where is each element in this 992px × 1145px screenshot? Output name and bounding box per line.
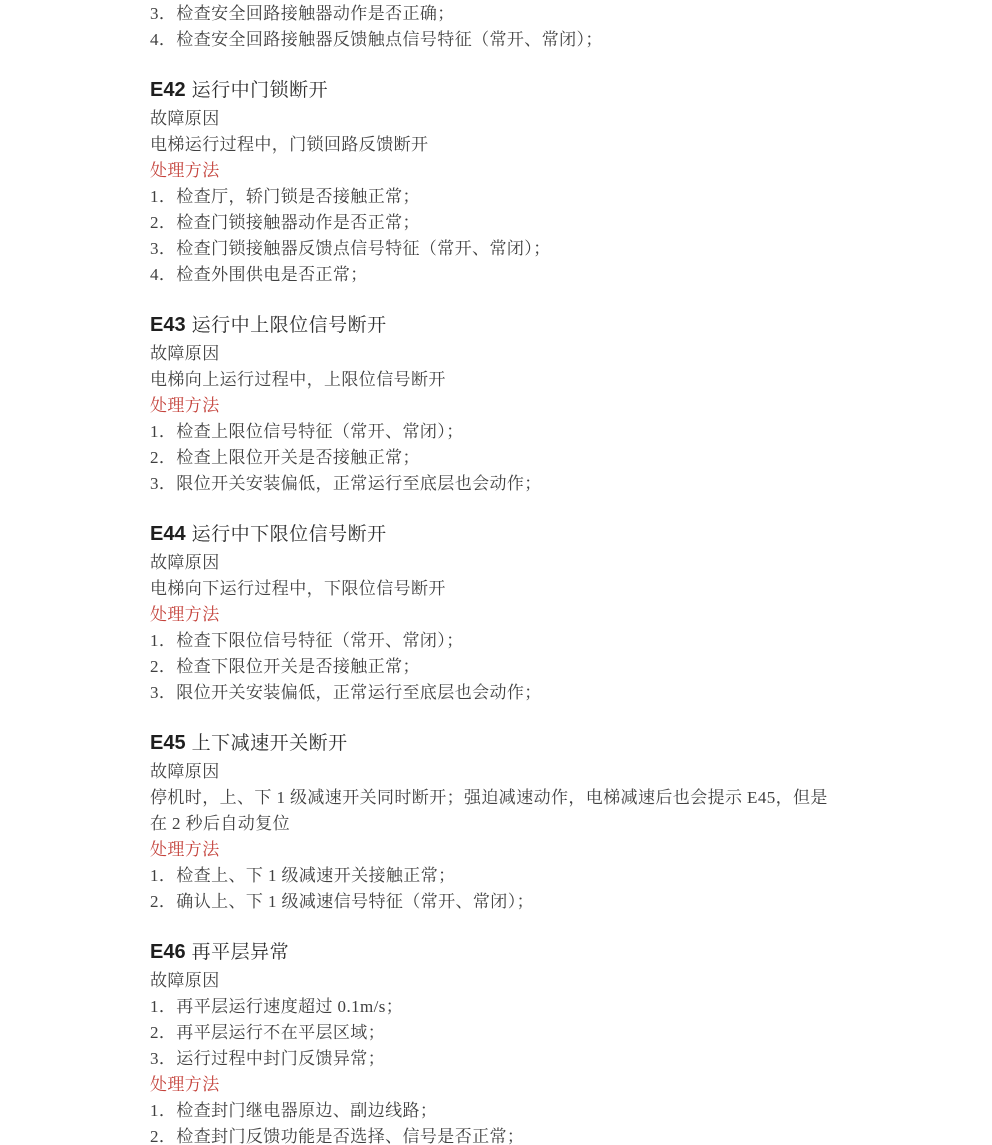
error-code: E46: [150, 941, 186, 963]
list-item: 1．检查上限位信号特征（常开、常闭）；: [150, 419, 850, 445]
section-heading: E44运行中下限位信号断开: [150, 519, 850, 550]
cause-list: 电梯向上运行过程中，上限位信号断开: [150, 367, 850, 393]
list-item: 2．检查上限位开关是否接触正常；: [150, 445, 850, 471]
cause-list: 电梯运行过程中，门锁回路反馈断开: [150, 132, 850, 158]
error-section: E46再平层异常 故障原因 1．再平层运行速度超过 0.1m/s；2．再平层运行…: [150, 937, 850, 1145]
section-heading: E46再平层异常: [150, 937, 850, 968]
cause-line: 3．运行过程中封门反馈异常；: [150, 1046, 850, 1072]
cause-list: 停机时，上、下 1 级减速开关同时断开；强迫减速动作，电梯减速后也会提示 E45…: [150, 785, 850, 837]
list-item: 1．检查上、下 1 级减速开关接触正常；: [150, 863, 850, 889]
list-item: 2．检查下限位开关是否接触正常；: [150, 654, 850, 680]
error-title: 再平层异常: [192, 942, 290, 963]
method-list: 1．检查厅，轿门锁是否接触正常；2．检查门锁接触器动作是否正常；3．检查门锁接触…: [150, 184, 850, 288]
list-item: 1．检查厅，轿门锁是否接触正常；: [150, 184, 850, 210]
list-item: 4．检查安全回路接触器反馈触点信号特征（常开、常闭）；: [150, 27, 850, 53]
error-code: E42: [150, 79, 186, 101]
cause-line: 2．再平层运行不在平层区域；: [150, 1020, 850, 1046]
cause-line: 电梯向上运行过程中，上限位信号断开: [150, 367, 850, 393]
section-heading: E42运行中门锁断开: [150, 75, 850, 106]
method-list: 1．检查封门继电器原边、副边线路；2．检查封门反馈功能是否选择、信号是否正常；: [150, 1098, 850, 1145]
list-item: 3．限位开关安装偏低，正常运行至底层也会动作；: [150, 680, 850, 706]
list-item: 1．检查下限位信号特征（常开、常闭）；: [150, 628, 850, 654]
cause-label: 故障原因: [150, 106, 850, 132]
cause-list: 1．再平层运行速度超过 0.1m/s；2．再平层运行不在平层区域；3．运行过程中…: [150, 994, 850, 1072]
method-list: 1．检查上限位信号特征（常开、常闭）；2．检查上限位开关是否接触正常；3．限位开…: [150, 419, 850, 497]
list-item: 2．检查封门反馈功能是否选择、信号是否正常；: [150, 1124, 850, 1145]
method-label: 处理方法: [150, 602, 850, 628]
list-item: 2．确认上、下 1 级减速信号特征（常开、常闭）；: [150, 889, 850, 915]
error-section: E42运行中门锁断开 故障原因 电梯运行过程中，门锁回路反馈断开 处理方法 1．…: [150, 75, 850, 288]
error-section: E43运行中上限位信号断开 故障原因 电梯向上运行过程中，上限位信号断开 处理方…: [150, 310, 850, 497]
error-code: E44: [150, 523, 186, 545]
list-item: 4．检查外围供电是否正常；: [150, 262, 850, 288]
error-title: 上下减速开关断开: [192, 733, 348, 754]
list-item: 2．检查门锁接触器动作是否正常；: [150, 210, 850, 236]
method-label: 处理方法: [150, 1072, 850, 1098]
error-section: E45上下减速开关断开 故障原因 停机时，上、下 1 级减速开关同时断开；强迫减…: [150, 728, 850, 915]
error-sections: E42运行中门锁断开 故障原因 电梯运行过程中，门锁回路反馈断开 处理方法 1．…: [150, 75, 850, 1145]
list-item: 3．限位开关安装偏低，正常运行至底层也会动作；: [150, 471, 850, 497]
cause-line: 电梯向下运行过程中，下限位信号断开: [150, 576, 850, 602]
section-heading: E45上下减速开关断开: [150, 728, 850, 759]
cause-label: 故障原因: [150, 550, 850, 576]
list-item: 3．检查门锁接触器反馈点信号特征（常开、常闭）；: [150, 236, 850, 262]
cause-label: 故障原因: [150, 968, 850, 994]
method-label: 处理方法: [150, 837, 850, 863]
error-title: 运行中门锁断开: [192, 80, 329, 101]
list-item: 1．检查封门继电器原边、副边线路；: [150, 1098, 850, 1124]
error-section: E44运行中下限位信号断开 故障原因 电梯向下运行过程中，下限位信号断开 处理方…: [150, 519, 850, 706]
cause-list: 电梯向下运行过程中，下限位信号断开: [150, 576, 850, 602]
document-page: 3．检查安全回路接触器动作是否正确；4．检查安全回路接触器反馈触点信号特征（常开…: [0, 0, 992, 1145]
intro-list: 3．检查安全回路接触器动作是否正确；4．检查安全回路接触器反馈触点信号特征（常开…: [150, 1, 850, 53]
section-heading: E43运行中上限位信号断开: [150, 310, 850, 341]
method-list: 1．检查下限位信号特征（常开、常闭）；2．检查下限位开关是否接触正常；3．限位开…: [150, 628, 850, 706]
cause-label: 故障原因: [150, 341, 850, 367]
error-title: 运行中下限位信号断开: [192, 524, 387, 545]
error-code: E43: [150, 314, 186, 336]
cause-line: 停机时，上、下 1 级减速开关同时断开；强迫减速动作，电梯减速后也会提示 E45…: [150, 785, 850, 811]
method-list: 1．检查上、下 1 级减速开关接触正常；2．确认上、下 1 级减速信号特征（常开…: [150, 863, 850, 915]
error-title: 运行中上限位信号断开: [192, 315, 387, 336]
cause-line: 电梯运行过程中，门锁回路反馈断开: [150, 132, 850, 158]
cause-line: 在 2 秒后自动复位: [150, 811, 850, 837]
error-code: E45: [150, 732, 186, 754]
cause-label: 故障原因: [150, 759, 850, 785]
method-label: 处理方法: [150, 393, 850, 419]
list-item: 3．检查安全回路接触器动作是否正确；: [150, 1, 850, 27]
cause-line: 1．再平层运行速度超过 0.1m/s；: [150, 994, 850, 1020]
method-label: 处理方法: [150, 158, 850, 184]
